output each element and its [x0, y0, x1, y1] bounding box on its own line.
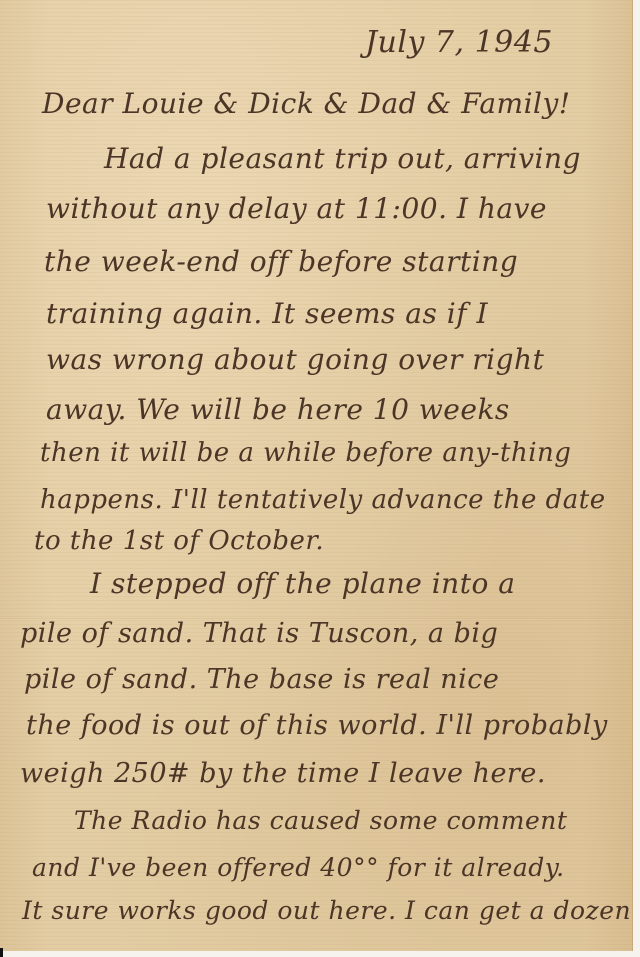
letter-line: and I've been offered 40°° for it alread…: [32, 855, 565, 880]
letter-line: pile of sand. The base is real nice: [24, 666, 499, 693]
letter-line: the week-end off before starting: [44, 248, 518, 276]
letter-line: training again. It seems as if I: [46, 300, 488, 328]
letter-line: away. We will be here 10 weeks: [46, 396, 510, 424]
letter-line: then it will be a while before any-thing: [40, 440, 571, 466]
letter-line: without any delay at 11:00. I have: [46, 195, 547, 223]
letter-page: July 7, 1945 Dear Louie & Dick & Dad & F…: [0, 0, 633, 951]
letter-line: the food is out of this world. I'll prob…: [26, 712, 608, 739]
letter-line: to the 1st of October.: [34, 528, 324, 554]
letter-date: July 7, 1945: [365, 28, 553, 58]
letter-line: happens. I'll tentatively advance the da…: [40, 487, 606, 513]
letter-line: was wrong about going over right: [46, 346, 544, 374]
letter-salutation: Dear Louie & Dick & Dad & Family!: [42, 90, 571, 118]
scan-edge-mark: [0, 948, 3, 957]
letter-line: weigh 250# by the time I leave here.: [20, 760, 546, 787]
letter-line: It sure works good out here. I can get a…: [22, 898, 631, 923]
letter-line: Had a pleasant trip out, arriving: [104, 145, 581, 173]
letter-line: The Radio has caused some comment: [74, 808, 567, 833]
letter-line: pile of sand. That is Tuscon, a big: [20, 620, 498, 647]
letter-line: I stepped off the plane into a: [90, 570, 515, 598]
